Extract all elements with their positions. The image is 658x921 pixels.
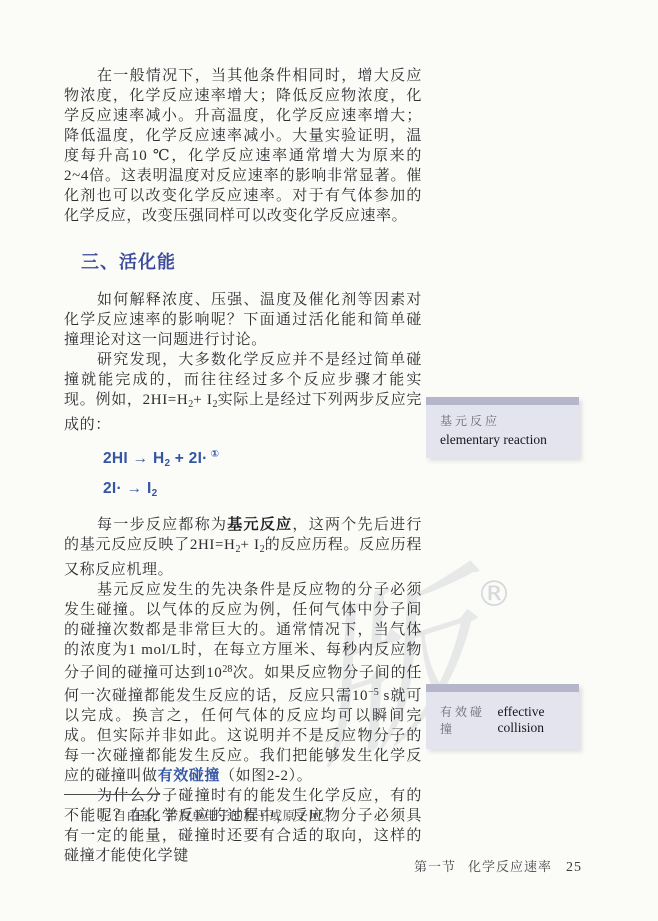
subscript: 2 <box>152 488 158 499</box>
vocab-term-en: elementary reaction <box>440 432 571 448</box>
vocab-box-top-strip <box>426 684 579 692</box>
key-term-effective-collision: 有效碰撞 <box>158 768 220 784</box>
vocab-term-zh: 基元反应 <box>440 412 571 429</box>
equation-block: 2HI → H2 + 2I·① 2I· → I2 <box>103 442 422 506</box>
equation-text: 2HI → H <box>103 450 165 467</box>
page-number: 25 <box>566 860 582 876</box>
footnote-marker: ① <box>211 449 220 460</box>
paragraph-collision-theory: 基元反应发生的先决条件是反应物的分子必须发生碰撞。以气体的反应为例，任何气体中分… <box>64 580 422 786</box>
paragraph-question-intro: 如何解释浓度、压强、温度及催化剂等因素对化学反应速率的影响呢？下面通过活化能和简… <box>64 290 422 350</box>
page-footer: 第一节 化学反应速率 25 <box>414 856 582 876</box>
vocab-term-zh: 有效碰撞 <box>440 703 486 737</box>
textbook-page: 版 ® 在一般情况下，当其他条件相同时，增大反应物浓度，化学反应速率增大；降低反… <box>0 0 658 921</box>
paragraph-reaction-steps: 研究发现，大多数化学反应并不是经过简单碰撞就能完成的，而往往经过多个反应步骤才能… <box>64 350 422 435</box>
superscript: −5 <box>368 687 379 698</box>
vocab-box-effective-collision: 有效碰撞 effective collision <box>426 684 579 749</box>
section-heading-activation-energy: 三、活化能 <box>81 252 422 272</box>
paragraph-why-collisions: 为什么分子碰撞时有的能发生化学反应，有的不能呢？在化学反应的过程中，反应物分子必… <box>64 786 422 866</box>
text-run: + I <box>241 537 260 553</box>
equation-step-2: 2I· → I2 <box>103 476 422 506</box>
vocab-box-content: 基元反应 elementary reaction <box>426 405 579 458</box>
main-text-column: 在一般情况下，当其他条件相同时，增大反应物浓度，化学反应速率增大；降低反应物浓度… <box>64 66 422 866</box>
equation-text: + 2I· <box>170 450 208 467</box>
superscript: 28 <box>222 664 232 675</box>
vocab-box-top-strip <box>426 397 579 405</box>
text-run: + I <box>193 392 212 408</box>
footer-section-title: 化学反应速率 <box>468 856 552 875</box>
footnote-free-radical: ① 自由基，带有单电子的原子或原子团。 <box>97 806 427 824</box>
vocab-term-en: effective collision <box>498 704 571 736</box>
footnote-divider <box>64 794 160 795</box>
text-run: 每一步反应都称为 <box>97 517 227 533</box>
paragraph-elementary-reaction: 每一步反应都称为基元反应，这两个先后进行的基元反应反映了2HI=H2+ I2的反… <box>64 515 422 580</box>
key-term-elementary-reaction: 基元反应 <box>227 517 292 533</box>
registered-trademark-icon: ® <box>476 574 512 615</box>
vocab-box-elementary-reaction: 基元反应 elementary reaction <box>426 397 579 458</box>
equation-text: 2I· → I <box>103 480 152 497</box>
footer-section-label: 第一节 <box>414 856 456 875</box>
equation-step-1: 2HI → H2 + 2I·① <box>103 442 422 476</box>
paragraph-factors-summary: 在一般情况下，当其他条件相同时，增大反应物浓度，化学反应速率增大；降低反应物浓度… <box>64 66 422 226</box>
vocab-box-content: 有效碰撞 effective collision <box>426 692 579 749</box>
text-run: （如图2-2）。 <box>220 768 312 784</box>
